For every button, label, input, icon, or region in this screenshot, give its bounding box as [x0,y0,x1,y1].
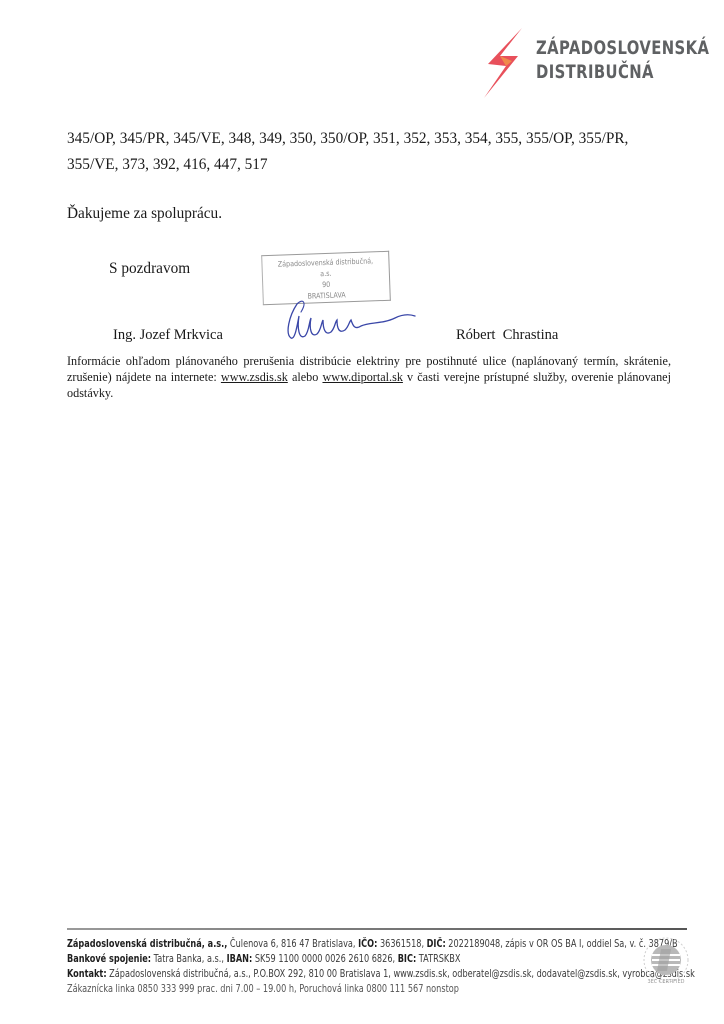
footer-ico: 36361518, [377,938,426,950]
footer-address: Čulenova 6, 816 47 Bratislava, [227,938,358,950]
footer-company-info: Západoslovenská distribučná, a.s., Čulen… [67,937,514,997]
signatory-name-2: Róbert Chrastina [456,322,558,348]
footer-iban: SK59 1100 0000 0026 2610 6826, [252,953,397,965]
thanks-text: Ďakujeme za spoluprácu. [67,201,222,227]
footer-bank: Tatra Banka, a.s., [151,953,227,965]
footer-line-company: Západoslovenská distribučná, a.s., Čulen… [67,937,514,952]
footer-iban-label: IBAN: [227,953,253,965]
footer-contact: Západoslovenská distribučná, a.s., P.O.B… [107,968,695,980]
footer-bic: TATRSKBX [416,953,460,965]
footer-ico-label: IČO: [358,938,377,950]
diportal-link[interactable]: www.diportal.sk [322,370,402,384]
info-paragraph: Informácie ohľadom plánovaného prerušeni… [67,353,671,401]
footer-line-contact: Kontakt: Západoslovenská distribučná, a.… [67,967,514,982]
footer-contact-label: Kontakt: [67,968,107,980]
footer-company-name: Západoslovenská distribučná, a.s., [67,938,227,950]
certification-badge-icon: 3EC CERTIFIED [641,935,691,985]
footer-dic-label: DIČ: [427,938,446,950]
footer-divider [67,928,687,930]
affected-units-list: 345/OP, 345/PR, 345/VE, 348, 349, 350, 3… [67,126,667,178]
svg-text:3EC CERTIFIED: 3EC CERTIFIED [647,979,684,985]
logo-wordmark: ZÁPADOSLOVENSKÁ DISTRIBUČNÁ [536,36,709,84]
logo-line-1: ZÁPADOSLOVENSKÁ [536,36,709,60]
footer-bic-label: BIC: [398,953,417,965]
company-logo: ZÁPADOSLOVENSKÁ DISTRIBUČNÁ [480,26,700,100]
logo-line-2: DISTRIBUČNÁ [536,60,709,84]
info-text-between: alebo [288,370,323,384]
signatory-name-1: Ing. Jozef Mrkvica [113,322,223,348]
handwritten-signature [283,296,423,346]
footer-line-bank: Bankové spojenie: Tatra Banka, a.s., IBA… [67,952,514,967]
footer-bank-label: Bankové spojenie: [67,953,151,965]
footer-hotline: Zákaznícka linka 0850 333 999 prac. dni … [67,982,514,997]
lightning-bolt-icon [480,26,530,98]
greeting-text: S pozdravom [109,256,190,282]
zsdis-link[interactable]: www.zsdis.sk [221,370,288,384]
